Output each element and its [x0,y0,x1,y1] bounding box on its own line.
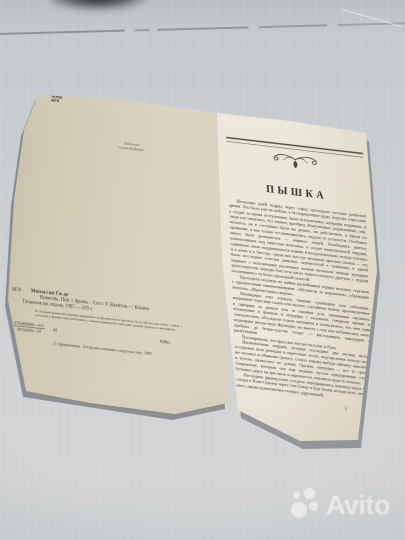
page-number: 3 [344,406,347,411]
avito-logo-icon [291,488,321,520]
table-plank-seam-right [380,398,405,412]
catalog-suffix: 88 [53,327,57,332]
avito-watermark: Avito [291,488,390,520]
bibliographic-block: М78 Мопассан Ги де Новеллы. Пер. с франц… [12,286,211,363]
artist-credit: Художник Галим Трофимов [101,139,162,154]
catalog-fraction: 4703000000—011 М132(03)—87 [13,320,45,334]
library-stamp: 8(Фр) М78 [51,95,62,103]
index-code: М78 [12,286,21,293]
story-body: Несколько дней подряд через город проход… [229,198,374,404]
headpiece-ornament-icon [269,151,322,172]
right-page-content: ПЫШКА Несколько дней подряд через город … [226,132,375,435]
avito-watermark-text: Avito [326,490,390,520]
table-plank-seam [0,22,405,35]
blurred-object-top [48,0,158,10]
photo-scene: 8(Фр) М78 Художник Галим Трофимов М78 Мо… [0,0,405,540]
bbk-code: 8(Фр) [160,339,170,345]
